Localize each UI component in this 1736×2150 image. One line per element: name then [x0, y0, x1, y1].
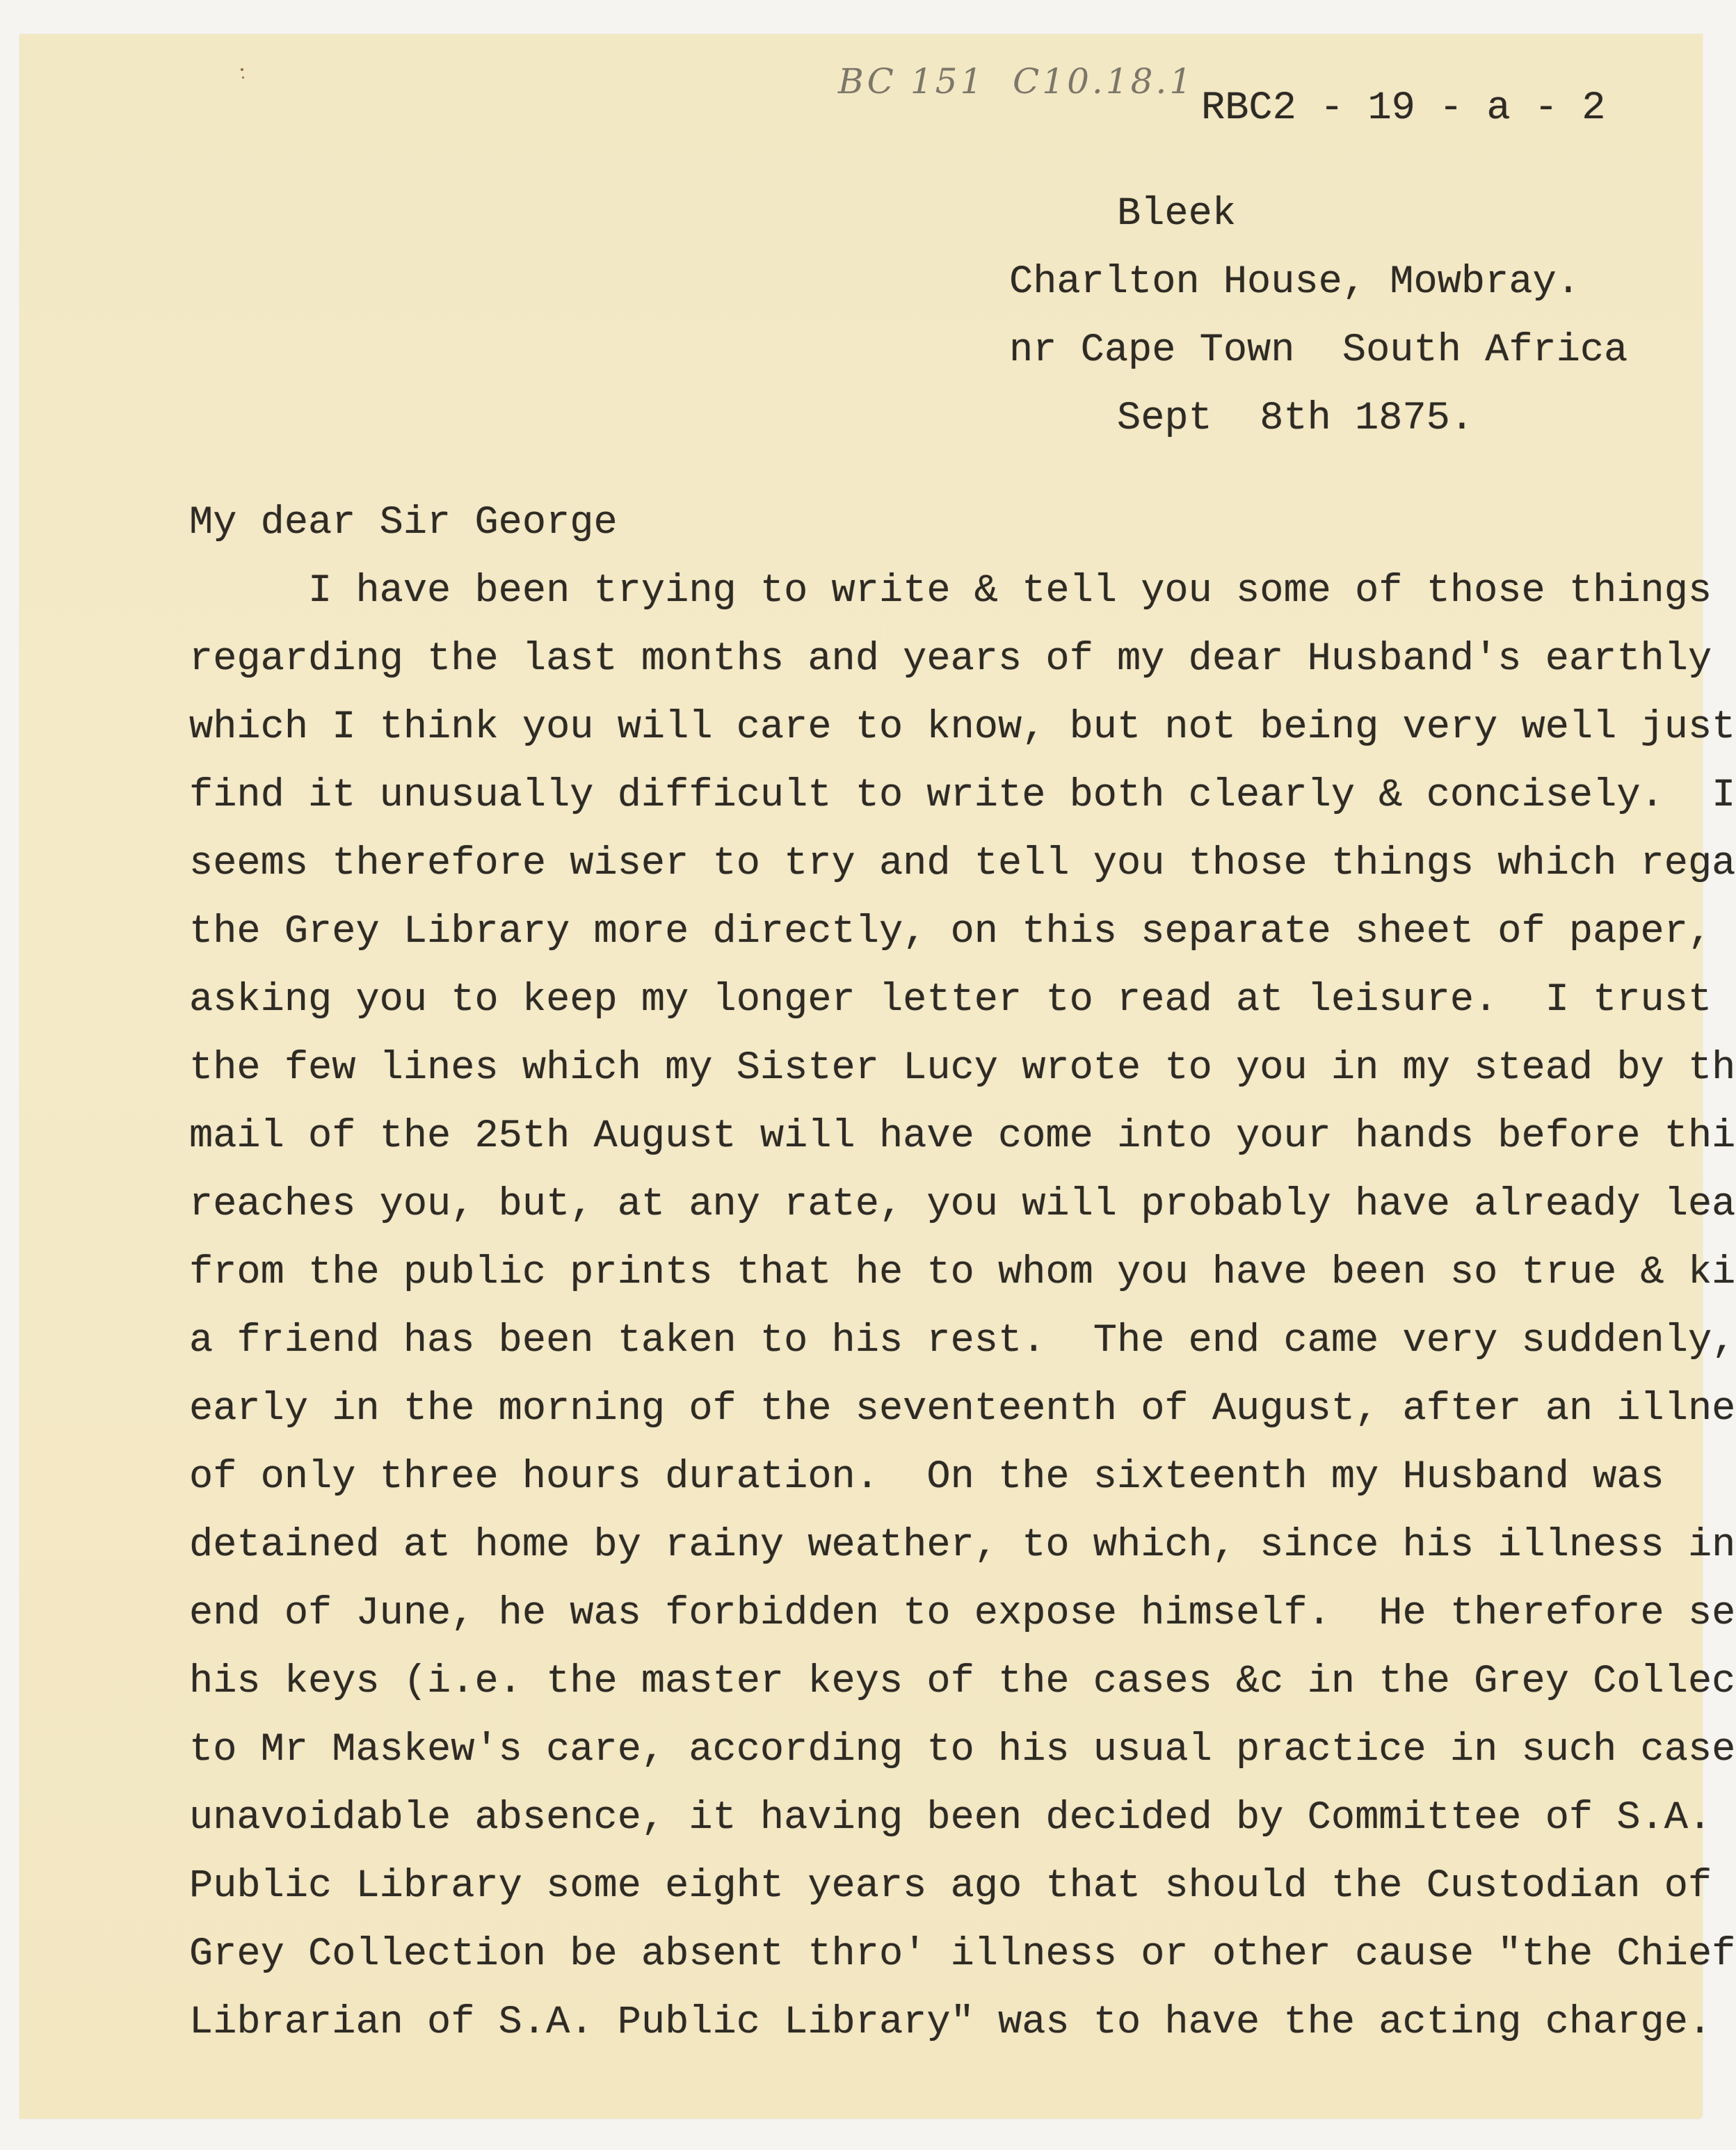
body-line: reaches you, but, at any rate, you will … — [189, 1185, 1736, 1225]
body-line: Librarian of S.A. Public Library" was to… — [189, 2003, 1712, 2043]
body-line: early in the morning of the seventeenth … — [189, 1390, 1736, 1429]
body-line: which I think you will care to know, but… — [189, 708, 1736, 748]
sender-address-line-2: nr Cape Town South Africa — [1009, 331, 1627, 371]
body-line: detained at home by rainy weather, to wh… — [189, 1526, 1736, 1566]
body-line: find it unusually difficult to write bot… — [189, 776, 1736, 816]
body-line: seems therefore wiser to try and tell yo… — [189, 844, 1736, 884]
handwritten-catalogue-annotation: BC 151 C10.18.1 — [838, 61, 1194, 102]
body-line: the Grey Library more directly, on this … — [189, 913, 1712, 952]
letter-date: Sept 8th 1875. — [1117, 399, 1474, 439]
body-line: the few lines which my Sister Lucy wrote… — [189, 1049, 1736, 1089]
salutation: My dear Sir George — [189, 504, 618, 543]
body-line: asking you to keep my longer letter to r… — [189, 981, 1736, 1020]
body-line: Grey Collection be absent thro' illness … — [189, 1935, 1735, 1975]
paper-spot — [241, 68, 243, 71]
body-line: to Mr Maskew's care, according to his us… — [189, 1731, 1736, 1770]
body-line: end of June, he was forbidden to expose … — [189, 1594, 1736, 1634]
body-line: of only three hours duration. On the six… — [189, 1458, 1664, 1498]
body-line: unavoidable absence, it having been deci… — [189, 1799, 1712, 1838]
body-line: mail of the 25th August will have come i… — [189, 1117, 1736, 1157]
sender-name: Bleek — [1117, 195, 1236, 234]
paper-spot — [242, 77, 244, 79]
reference-code: RBC2 - 19 - a - 2 — [1201, 89, 1606, 129]
body-line: his keys (i.e. the master keys of the ca… — [189, 1662, 1736, 1702]
body-line: from the public prints that he to whom y… — [189, 1253, 1736, 1293]
body-line: Public Library some eight years ago that… — [189, 1867, 1712, 1907]
body-line: a friend has been taken to his rest. The… — [189, 1322, 1735, 1361]
body-line: I have been trying to write & tell you s… — [189, 572, 1712, 611]
sender-address-line-1: Charlton House, Mowbray. — [1009, 263, 1580, 303]
body-line: regarding the last months and years of m… — [189, 640, 1736, 680]
